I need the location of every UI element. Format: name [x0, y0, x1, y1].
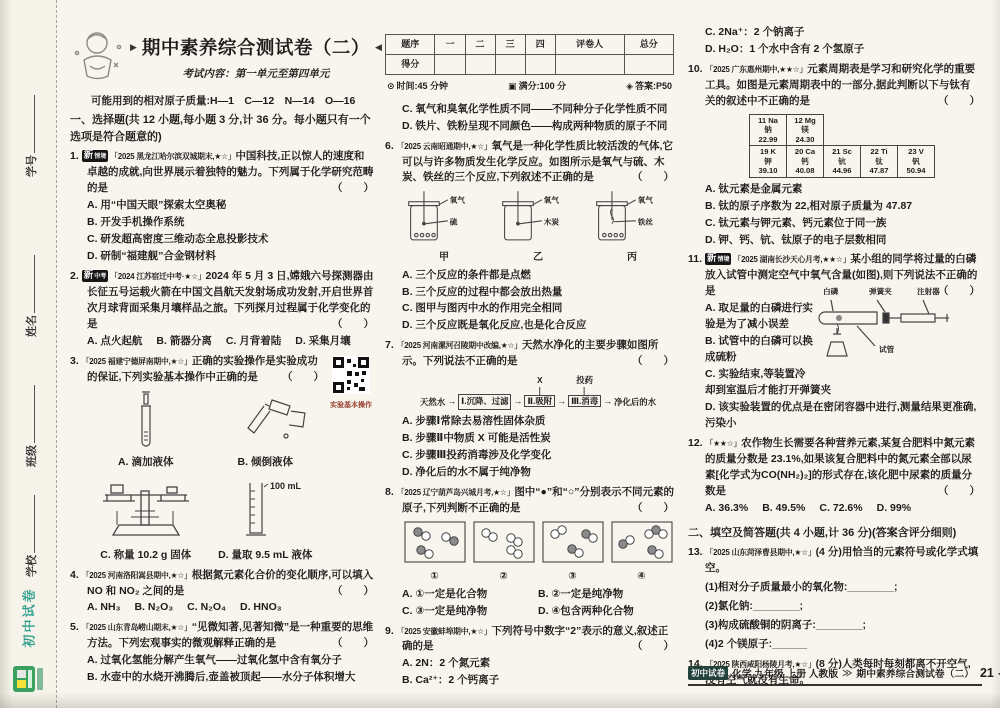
answer-bracket: （ ）: [349, 317, 374, 333]
bottle-iron-wire: 氧气 铁丝 丙: [590, 190, 674, 265]
option: C. 研发超高密度三维动态全息投影技术: [87, 232, 374, 248]
element-cell: 21 Sc钪44.96: [823, 145, 861, 177]
option: D. ④包含两种化合物: [538, 604, 674, 620]
element-cell: 22 Ti钛47.87: [860, 145, 898, 177]
option: A. 点火起航: [87, 334, 142, 350]
option: A. 用“中国天眼”探索太空奥秘: [87, 198, 374, 214]
page-number: 21: [980, 666, 994, 680]
brand-logo: [11, 664, 45, 694]
qr-code-block: 实验基本操作: [328, 356, 374, 412]
answer-bracket: （ ）: [349, 584, 374, 600]
score-cell-empty: [624, 55, 673, 75]
option: B. 钛的原子序数为 22,相对原子质量为 47.87: [705, 199, 980, 215]
student-id-blank: [24, 95, 35, 153]
name-field: 姓名: [23, 231, 39, 361]
option: C. 实验结束,等装置冷却到室温后才能打开弹簧夹: [705, 367, 980, 399]
question-number: 2.: [70, 270, 79, 282]
flow-arrow-icon: →: [603, 395, 612, 409]
question-number: 3.: [70, 355, 79, 367]
option: D. 三个反应既是氧化反应,也是化合反应: [402, 318, 674, 334]
water-purification-flow: 天然水 → Ⅰ.沉降、过滤 → X Ⅱ.吸附 → 投药 Ⅲ.消毒 → 净化后的水: [402, 394, 674, 409]
score-header-cell: 评卷人: [555, 35, 624, 55]
substance-label: 木炭: [544, 217, 560, 227]
question-9: 9. 「2025 安徽蚌埠期中,★☆」下列符号中数字“2”表示的意义,叙述正确的…: [385, 624, 674, 690]
down-line: [539, 387, 540, 395]
question-source: 「2025 广东惠州期中,★★☆」: [706, 65, 808, 74]
column-2: 题序 一 二 三 四 评卷人 总分 得分 ⊙时间:45 分钟 ▣满分:100 分: [385, 28, 674, 689]
bottle-caption: 乙: [496, 250, 580, 265]
option: C. N₂O₄: [187, 600, 226, 616]
question-source: 「2025 云南昭通期中,★☆」: [397, 142, 492, 151]
cylinder-label: 100 mL: [270, 481, 302, 491]
option: D. 钾、钙、钪、钛原子的电子层数相同: [705, 233, 980, 249]
title-right-arrow-icon: ◀: [375, 41, 382, 55]
score-header-cell: 一: [435, 35, 465, 55]
question-4: 4. 「2025 河南洛阳嵩县期中,★☆」根据氮元素化合价的变化顺序,可以填入 …: [70, 568, 374, 617]
fill-blank-item: (3)构成硫酸铜的阴离子:________;: [705, 618, 980, 634]
page-title: 期中素养综合测试卷（二）: [142, 34, 370, 62]
option: D. 该实验装置的优点是在密闭容器中进行,测量结果更准确,污染小: [705, 400, 980, 432]
dropper-figure: [111, 392, 181, 448]
column-3: C. 2Na⁺：2 个钠离子 D. H₂O：1 个水中含有 2 个氢原子 10.…: [688, 24, 980, 689]
student-id-field: 学号: [23, 71, 39, 201]
gas-label: 氧气: [544, 195, 560, 205]
question-stem: 农作物生长需要各种营养元素,某复合肥料中氮元素的质量分数是 23.1%,如果该复…: [705, 437, 975, 497]
question-source: 「2025 黑龙江哈尔滨双城期末,★☆」: [110, 152, 235, 161]
bottle-caption: 甲: [402, 250, 486, 265]
fill-blank-item: (4)2 个镁原子:______: [705, 637, 980, 653]
question-number: 10.: [688, 63, 703, 75]
answer-bracket: （ ）: [955, 484, 980, 500]
school-label: 学校: [26, 555, 38, 577]
gas-label: 氧气: [638, 195, 654, 205]
question-number: 5.: [70, 621, 79, 633]
bottle-charcoal: 氧气 木炭 乙: [496, 190, 580, 265]
flow-step-1: Ⅰ.沉降、过滤: [458, 394, 511, 409]
flow-step-3: Ⅲ.消毒: [568, 395, 601, 407]
answer-bracket: （ ）: [955, 94, 980, 110]
score-cell-empty: [435, 55, 465, 75]
question-11: 11. 新情境「2025 湖南长沙天心月考,★★☆」某小组的同学将过量的白磷放入…: [688, 252, 980, 431]
question-source: 「2025 山东菏泽曹县期中,★☆」: [706, 548, 816, 557]
bottle-figure: 氧气 铁丝: [590, 190, 674, 244]
clock-icon: ⊙: [387, 81, 395, 91]
molecule-box-2: ②: [473, 521, 535, 584]
edge-shadow: [990, 0, 1000, 708]
flow-arrow-icon: →: [513, 395, 522, 409]
molecule-diagrams: ① ②: [402, 521, 674, 584]
question-2: 2. 新中考「2024 江苏宿迁中考·★☆」2024 年 5 月 3 日,嫦娥六…: [70, 269, 374, 350]
question-7: 7. 「2025 河南漯河召陵期中改编,★☆」天然水净化的主要步骤如图所示。下列…: [385, 338, 674, 480]
score-cell-empty: [495, 55, 525, 75]
option: B. 开发手机操作系统: [87, 215, 374, 231]
option: C. 2Na⁺：2 个钠离子: [705, 25, 980, 41]
molecule-box-figure: [404, 521, 466, 563]
column-1: ▶ 期中素养综合测试卷（二） ◀ 考试内容：第一单元至第四单元 可能用到的相对原…: [70, 26, 374, 686]
question-number: 13.: [688, 546, 703, 558]
score-header-cell: 三: [495, 35, 525, 55]
new-exam-tag: 新中考: [82, 270, 109, 282]
question-number: 9.: [385, 625, 394, 637]
combustion-bottles-figure: 氧气 硫 甲 氧气: [402, 190, 674, 265]
flow-step-3-wrap: 投药 Ⅲ.消毒: [568, 395, 601, 408]
question-source: 「2025 河南漯河召陵期中改编,★☆」: [397, 341, 522, 350]
flow-arrow-icon: →: [557, 395, 566, 409]
question-1: 1. 新情境「2025 黑龙江哈尔滨双城期末,★☆」中国科技,正以惊人的速度和卓…: [70, 149, 374, 265]
option: B. Ca²⁺：2 个钙离子: [402, 673, 674, 689]
section-1-heading: 一、选择题(共 12 小题,每小题 3 分,计 36 分。每小题只有一个选项是符…: [70, 112, 374, 145]
title-block: ▶ 期中素养综合测试卷（二） ◀ 考试内容：第一单元至第四单元: [130, 26, 382, 83]
school-field: 学校: [23, 471, 39, 601]
answer-bracket: （ ）: [349, 181, 374, 197]
option: C. 氧气和臭氧化学性质不同——不同种分子化学性质不同: [402, 102, 674, 118]
option: B. 三个反应的过程中都会放出热量: [402, 285, 674, 301]
score-icon: ▣: [508, 81, 517, 91]
figure-caption: A. 滴加液体: [87, 455, 205, 471]
footer-series: 化学 九年级 上册 人教版: [732, 666, 838, 680]
molecule-box-label: ③: [542, 569, 604, 584]
flow-step-2-wrap: X Ⅱ.吸附: [524, 395, 555, 408]
score-row-label: 得分: [386, 55, 435, 75]
bottle-figure: 氧气 硫: [402, 190, 486, 244]
option: C. ③一定是纯净物: [402, 604, 538, 620]
question-8: 8. 「2025 辽宁葫芦岛兴城月考,★☆」图中“●”和“○”分别表示不同元素的…: [385, 485, 674, 620]
question-12: 12. 「★★☆」农作物生长需要各种营养元素,某复合肥料中氮元素的质量分数是 2…: [688, 436, 980, 517]
question-5-continued: C. 氧气和臭氧化学性质不同——不同种分子化学性质不同 D. 铁片、铁粉呈现不同…: [385, 102, 674, 135]
question-number: 11.: [688, 253, 702, 265]
fill-blank-item: (2)氯化钠:________;: [705, 599, 980, 615]
mascot-illustration: [70, 26, 126, 88]
exam-meta: ⊙时间:45 分钟 ▣满分:100 分 ◈答案:P50: [387, 80, 672, 94]
oxygen-measure-apparatus-figure: 白磷 弹簧夹 注射器 试管: [817, 286, 955, 370]
options-row: C. ③一定是纯净物 D. ④包含两种化合物: [402, 604, 674, 620]
molecule-box-figure: [611, 521, 673, 563]
option: B. 水壶中的水烧开沸腾后,壶盖被顶起——水分子体积增大: [87, 670, 374, 686]
option: A. 三个反应的条件都是点燃: [402, 268, 674, 284]
time-info: ⊙时间:45 分钟: [387, 80, 448, 94]
question-number: 8.: [385, 486, 394, 498]
molecule-box-label: ④: [611, 569, 673, 584]
bottle-sulfur: 氧气 硫 甲: [402, 190, 486, 265]
flow-input: 天然水: [420, 396, 445, 409]
class-label: 班级: [26, 445, 38, 467]
booklet-badge: 初中试卷: [688, 666, 728, 680]
score-cell-empty: [555, 55, 624, 75]
question-points: (4 分): [816, 546, 842, 558]
ptable-row-2: 19 K钾39.10 20 Ca钙40.08 21 Sc钪44.96 22 Ti…: [750, 146, 935, 177]
flow-step-2: Ⅱ.吸附: [524, 395, 555, 407]
molecule-box-1: ①: [404, 521, 466, 584]
bottle-caption: 丙: [590, 250, 674, 265]
question-5: 5. 「2025 山东青岛崂山期末,★☆」“见微知著,见著知微”是一种重要的思维…: [70, 620, 374, 686]
footer-paper-name: 期中素养综合测试卷（二）: [856, 666, 974, 680]
flow-step-2-input: X: [537, 376, 543, 394]
option: D. HNO₃: [240, 600, 282, 616]
option: B. 箭器分离: [156, 334, 211, 350]
element-cell: 11 Na钠22.99: [749, 114, 787, 146]
fill-blank-item: (1)相对分子质量最小的氧化物:________;: [705, 580, 980, 596]
option: B. 步骤Ⅱ中物质 X 可能是活性炭: [402, 431, 674, 447]
figure-pour-liquid: B. 倾倒液体: [207, 392, 325, 471]
school-blank: [24, 495, 35, 553]
full-score-info: ▣满分:100 分: [508, 80, 566, 94]
options-row: A. 点火起航 B. 箭器分离 C. 月背着陆 D. 采集月壤: [87, 334, 374, 350]
pour-figure: [220, 392, 310, 448]
question-number: 6.: [385, 140, 394, 152]
answer-bracket: （ ）: [955, 284, 980, 300]
question-source: 「2025 山东青岛崂山期末,★☆」: [82, 623, 192, 632]
question-source: 「2025 安徽蚌埠期中,★☆」: [397, 627, 492, 636]
relative-atomic-masses: 可能用到的相对原子质量:H—1 C—12 N—14 O—16: [70, 94, 374, 110]
option: A. 2N：2 个氮元素: [402, 656, 674, 672]
balance-figure: [91, 477, 201, 541]
figure-drop-liquid: A. 滴加液体: [87, 392, 205, 471]
question-3: 实验基本操作 3. 「2025 福建宁德屏南期中,★☆」正确的实验操作是实验成功…: [70, 354, 374, 564]
option: D. 净化后的水不属于纯净物: [402, 465, 674, 481]
figure-caption: D. 量取 9.5 mL 液体: [207, 548, 325, 564]
flow-step-3-input: 投药: [576, 376, 593, 394]
page-footer: 初中试卷 化学 九年级 上册 人教版 ≫ 期中素养综合测试卷（二） 21 ◀: [688, 666, 982, 686]
class-blank: [24, 385, 35, 443]
question-source: 「2024 江苏宿迁中考·★☆」: [110, 272, 205, 281]
binding-margin: 学号 姓名 班级 学校 初中试卷: [0, 0, 57, 708]
paper-header: ▶ 期中素养综合测试卷（二） ◀ 考试内容：第一单元至第四单元: [70, 26, 374, 88]
option: A. 过氧化氢能分解产生氧气——过氧化氢中含有氧分子: [87, 653, 374, 669]
answer-bracket: （ ）: [649, 501, 674, 517]
option: C. 步骤Ⅲ投药消毒涉及化学变化: [402, 448, 674, 464]
new-context-tag: 新情境: [82, 150, 109, 162]
question-source: 「★★☆」: [706, 439, 742, 448]
student-id-label: 学号: [26, 155, 38, 177]
element-cell: 23 V钒50.94: [897, 145, 935, 177]
option: B. 49.5%: [762, 501, 805, 517]
element-cell: 12 Mg镁24.30: [786, 114, 824, 146]
option: D. 99%: [877, 501, 911, 517]
options-row: A. NH₃ B. N₂O₃ C. N₂O₄ D. HNO₃: [87, 600, 374, 616]
option: D. 采集月壤: [295, 334, 350, 350]
option: B. N₂O₃: [134, 600, 173, 616]
qr-caption: 实验基本操作: [328, 401, 374, 412]
question-source: 「2025 河南洛阳嵩县期中,★☆」: [82, 571, 192, 580]
molecule-box-label: ②: [473, 569, 535, 584]
option: A. 钛元素是金属元素: [705, 182, 980, 198]
score-cell-empty: [525, 55, 555, 75]
score-header-cell: 题序: [386, 35, 435, 55]
score-header-cell: 总分: [624, 35, 673, 55]
question-number: 12.: [688, 437, 703, 449]
element-cell: 20 Ca钙40.08: [786, 145, 824, 177]
substance-label: 硫: [450, 217, 458, 227]
down-line: [584, 387, 585, 395]
question-10: 10. 「2025 广东惠州期中,★★☆」元素周期表是学习和研究化学的重要工具。…: [688, 62, 980, 249]
options-row: A. ①一定是化合物 B. ②一定是纯净物: [402, 587, 674, 603]
answer-page-info: ◈答案:P50: [626, 80, 672, 94]
flow-arrow-icon: →: [447, 395, 456, 409]
score-cell-empty: [465, 55, 495, 75]
answer-bracket: （ ）: [649, 354, 674, 370]
flow-output: 净化后的水: [614, 396, 656, 409]
options-row: A. 36.3% B. 49.5% C. 72.6% D. 99%: [705, 501, 980, 517]
score-header-cell: 二: [465, 35, 495, 55]
molecule-box-label: ①: [404, 569, 466, 584]
answer-bracket: （ ）: [299, 370, 324, 386]
apparatus-figure: [817, 286, 955, 370]
option: A. NH₃: [87, 600, 120, 616]
option: A. 步骤Ⅰ常除去易溶性固体杂质: [402, 414, 674, 430]
periodic-table-fragment: 11 Na钠22.99 12 Mg镁24.30 19 K钾39.10 20 Ca…: [750, 114, 935, 178]
score-table: 题序 一 二 三 四 评卷人 总分 得分: [385, 34, 674, 75]
answer-bracket: （ ）: [649, 639, 674, 655]
cylinder-figure: 100 mL: [220, 477, 310, 541]
molecule-box-figure: [542, 521, 604, 563]
exam-paper-page: 学号 姓名 班级 学校 初中试卷: [0, 0, 1000, 708]
section-2-heading: 二、填空及简答题(共 4 小题,计 36 分)(答案含评分细则): [688, 525, 980, 542]
question-number: 4.: [70, 569, 79, 581]
answer-icon: ◈: [626, 81, 633, 91]
question-number: 1.: [70, 150, 79, 162]
option: C. 月背着陆: [226, 334, 281, 350]
option: C. 72.6%: [819, 501, 862, 517]
name-blank: [24, 255, 35, 313]
bottle-figure: 氧气 木炭: [496, 190, 580, 244]
booklet-vertical-label: 初中试卷: [19, 596, 38, 648]
option: D. 研制“福建舰”合金钢材料: [87, 249, 374, 265]
molecule-box-4: ④: [611, 521, 673, 584]
question-number: 7.: [385, 339, 394, 351]
qr-code: [332, 356, 370, 394]
question-13: 13. 「2025 山东菏泽曹县期中,★☆」(4 分)用恰当的元素符号或化学式填…: [688, 545, 980, 653]
question-6: 6. 「2025 云南昭通期中,★☆」氧气是一种化学性质比较活泼的气体,它可以与…: [385, 139, 674, 335]
option: D. H₂O：1 个水中含有 2 个氢原子: [705, 42, 980, 58]
molecule-box-3: ③: [542, 521, 604, 584]
option: A. ①一定是化合物: [402, 587, 538, 603]
footer-separator-icon: ≫: [842, 668, 852, 679]
new-context-tag: 新情境: [705, 253, 732, 265]
substance-label: 铁丝: [637, 217, 654, 227]
answer-bracket: （ ）: [649, 170, 674, 186]
answer-bracket: （ ）: [349, 636, 374, 652]
option: C. 图甲与图丙中水的作用完全相同: [402, 301, 674, 317]
option: C. 钛元素与钾元素、钙元素位于同一族: [705, 216, 980, 232]
option: B. ②一定是纯净物: [538, 587, 674, 603]
question-source: 「2025 福建宁德屏南期中,★☆」: [82, 357, 192, 366]
option: A. 36.3%: [705, 501, 748, 517]
exam-scope: 考试内容：第一单元至第四单元: [130, 67, 382, 83]
figure-weigh-solid: C. 称量 10.2 g 固体: [87, 477, 205, 564]
gas-label: 氧气: [450, 195, 466, 205]
ptable-row-1: 11 Na钠22.99 12 Mg镁24.30: [750, 114, 935, 146]
score-header-cell: 四: [525, 35, 555, 55]
figure-caption: B. 倾倒液体: [207, 455, 325, 471]
element-cell: 19 K钾39.10: [749, 145, 787, 177]
question-9-continued: C. 2Na⁺：2 个钠离子 D. H₂O：1 个水中含有 2 个氢原子: [688, 25, 980, 58]
page-curl-shadow: [0, 692, 1000, 708]
title-left-arrow-icon: ▶: [130, 41, 137, 55]
molecule-box-figure: [473, 521, 535, 563]
question-source: 「2025 湖南长沙天心月考,★★☆」: [733, 255, 850, 264]
question-source: 「2025 辽宁葫芦岛兴城月考,★☆」: [397, 488, 515, 497]
name-label: 姓名: [26, 315, 38, 337]
figure-measure-liquid: 100 mL D. 量取 9.5 mL 液体: [207, 477, 325, 564]
option: D. 铁片、铁粉呈现不同颜色——构成两种物质的原子不同: [402, 119, 674, 135]
figure-caption: C. 称量 10.2 g 固体: [87, 548, 205, 564]
operation-figures: A. 滴加液体 B. 倾倒液体: [87, 392, 324, 564]
